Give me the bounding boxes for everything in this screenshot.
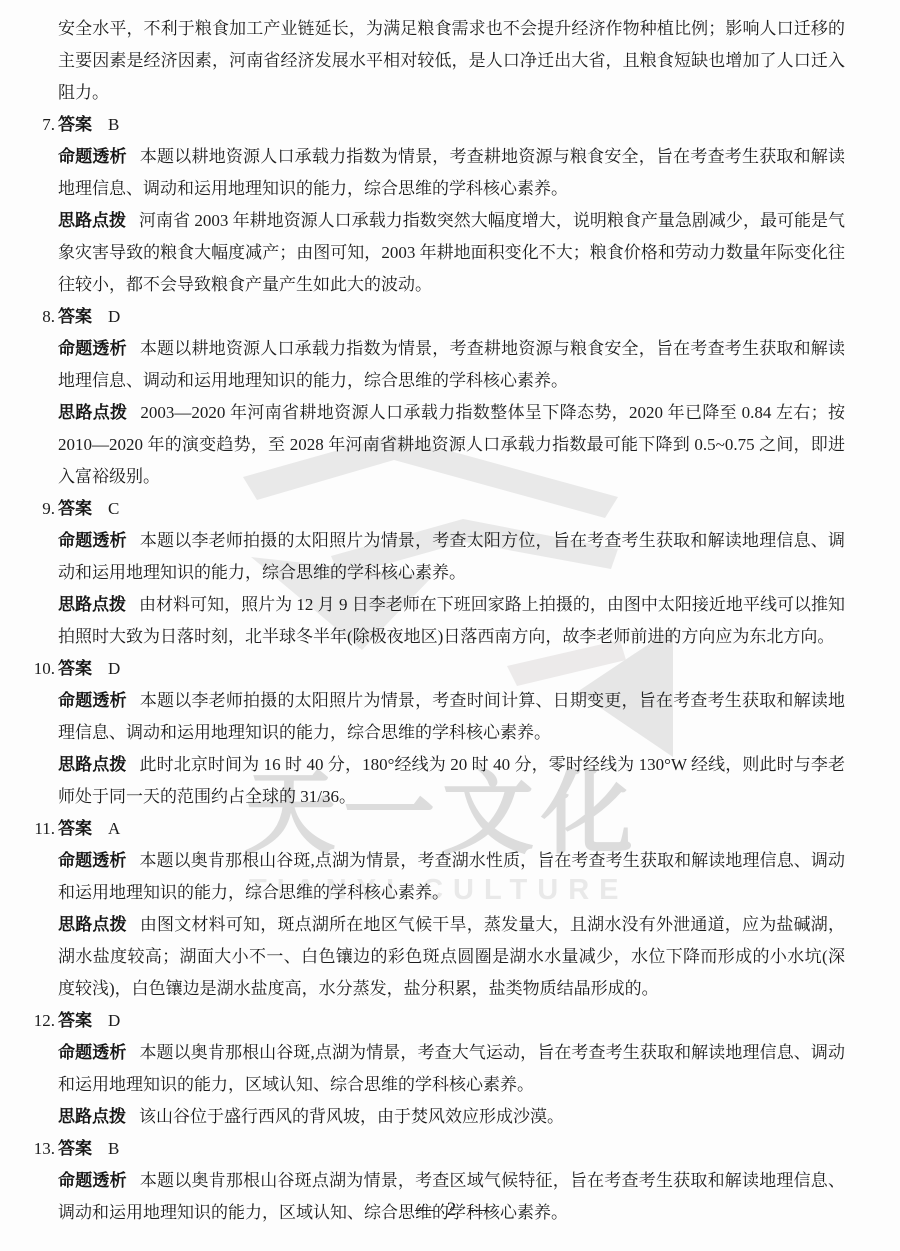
question-number: 11. xyxy=(32,813,58,845)
analysis-paragraph: 命题透析本题以耕地资源人口承载力指数为情景，考查耕地资源与粮食安全，旨在考查考生… xyxy=(58,333,845,397)
answer-item-9: 9.答案C 命题透析本题以李老师拍摄的太阳照片为情景，考查太阳方位，旨在考查考生… xyxy=(58,493,845,653)
analysis-label: 命题透析 xyxy=(58,147,127,166)
tips-label: 思路点拨 xyxy=(58,755,126,774)
analysis-text: 本题以耕地资源人口承载力指数为情景，考查耕地资源与粮食安全，旨在考查考生获取和解… xyxy=(58,339,845,390)
question-number: 9. xyxy=(32,493,58,525)
answer-label: 答案 xyxy=(58,499,92,518)
answer-line: 11.答案A xyxy=(58,813,845,845)
question-number: 8. xyxy=(32,301,58,333)
tips-paragraph: 思路点拨2003—2020 年河南省耕地资源人口承载力指数整体呈下降态势，202… xyxy=(58,397,845,493)
tips-text: 由图文材料可知，斑点湖所在地区气候干旱，蒸发量大，且湖水没有外泄通道，应为盐碱湖… xyxy=(58,915,845,998)
tips-paragraph: 思路点拨该山谷位于盛行西风的背风坡，由于焚风效应形成沙漠。 xyxy=(58,1101,845,1133)
answer-line: 7.答案B xyxy=(58,109,845,141)
answer-line: 12.答案D xyxy=(58,1005,845,1037)
answer-letter: D xyxy=(108,307,120,326)
analysis-paragraph: 命题透析本题以耕地资源人口承载力指数为情景，考查耕地资源与粮食安全，旨在考查考生… xyxy=(58,141,845,205)
document-page: 天一文化 TIANYI CULTURE 安全水平，不利于粮食加工产业链延长，为满… xyxy=(0,0,900,1251)
question-number: 13. xyxy=(32,1133,58,1165)
page-number: — 2 — xyxy=(58,1196,845,1224)
analysis-label: 命题透析 xyxy=(58,1043,126,1062)
answer-label: 答案 xyxy=(58,1011,92,1030)
answer-label: 答案 xyxy=(58,307,92,326)
answer-letter: B xyxy=(108,1139,119,1158)
analysis-text: 本题以奥肯那根山谷斑,点湖为情景，考查大气运动，旨在考查考生获取和解读地理信息、… xyxy=(58,1043,845,1094)
tips-paragraph: 思路点拨此时北京时间为 16 时 40 分，180°经线为 20 时 40 分，… xyxy=(58,749,845,813)
tips-text: 2003—2020 年河南省耕地资源人口承载力指数整体呈下降态势，2020 年已… xyxy=(58,403,845,486)
tips-text: 该山谷位于盛行西风的背风坡，由于焚风效应形成沙漠。 xyxy=(139,1107,564,1126)
tips-label: 思路点拨 xyxy=(58,211,126,230)
answer-letter: B xyxy=(108,115,119,134)
tips-label: 思路点拨 xyxy=(58,403,127,422)
analysis-paragraph: 命题透析本题以李老师拍摄的太阳照片为情景，考查太阳方位，旨在考查考生获取和解读地… xyxy=(58,525,845,589)
answer-line: 13.答案B xyxy=(58,1133,845,1165)
analysis-paragraph: 命题透析本题以奥肯那根山谷斑,点湖为情景，考查大气运动，旨在考查考生获取和解读地… xyxy=(58,1037,845,1101)
tips-text: 由材料可知，照片为 12 月 9 日李老师在下班回家路上拍摄的，由图中太阳接近地… xyxy=(58,595,845,646)
answer-label: 答案 xyxy=(58,819,92,838)
answer-label: 答案 xyxy=(58,1139,92,1158)
tips-label: 思路点拨 xyxy=(58,1107,126,1126)
answer-item-8: 8.答案D 命题透析本题以耕地资源人口承载力指数为情景，考查耕地资源与粮食安全，… xyxy=(58,301,845,493)
answer-letter: D xyxy=(108,1011,120,1030)
analysis-label: 命题透析 xyxy=(58,1171,127,1190)
tips-label: 思路点拨 xyxy=(58,915,127,934)
analysis-text: 本题以耕地资源人口承载力指数为情景，考查耕地资源与粮食安全，旨在考查考生获取和解… xyxy=(58,147,845,198)
answer-line: 10.答案D xyxy=(58,653,845,685)
tips-paragraph: 思路点拨由材料可知，照片为 12 月 9 日李老师在下班回家路上拍摄的，由图中太… xyxy=(58,589,845,653)
question-number: 7. xyxy=(32,109,58,141)
answer-key-content: 安全水平，不利于粮食加工产业链延长，为满足粮食需求也不会提升经济作物种植比例；影… xyxy=(58,13,845,1229)
tips-text: 河南省 2003 年耕地资源人口承载力指数突然大幅度增大，说明粮食产量急剧减少，… xyxy=(58,211,845,294)
analysis-paragraph: 命题透析本题以奥肯那根山谷斑,点湖为情景，考查湖水性质，旨在考查考生获取和解读地… xyxy=(58,845,845,909)
answer-line: 8.答案D xyxy=(58,301,845,333)
analysis-label: 命题透析 xyxy=(58,691,127,710)
tips-paragraph: 思路点拨由图文材料可知，斑点湖所在地区气候干旱，蒸发量大，且湖水没有外泄通道，应… xyxy=(58,909,845,1005)
answer-letter: D xyxy=(108,659,120,678)
question-number: 10. xyxy=(32,653,58,685)
answer-label: 答案 xyxy=(58,659,92,678)
answer-item-10: 10.答案D 命题透析本题以李老师拍摄的太阳照片为情景，考查时间计算、日期变更，… xyxy=(58,653,845,813)
answer-item-11: 11.答案A 命题透析本题以奥肯那根山谷斑,点湖为情景，考查湖水性质，旨在考查考… xyxy=(58,813,845,1005)
analysis-label: 命题透析 xyxy=(58,851,126,870)
answer-label: 答案 xyxy=(58,115,92,134)
analysis-label: 命题透析 xyxy=(58,339,127,358)
analysis-text: 本题以奥肯那根山谷斑,点湖为情景，考查湖水性质，旨在考查考生获取和解读地理信息、… xyxy=(58,851,845,902)
analysis-text: 本题以李老师拍摄的太阳照片为情景，考查时间计算、日期变更，旨在考查考生获取和解读… xyxy=(58,691,845,742)
analysis-paragraph: 命题透析本题以李老师拍摄的太阳照片为情景，考查时间计算、日期变更，旨在考查考生获… xyxy=(58,685,845,749)
analysis-label: 命题透析 xyxy=(58,531,127,550)
analysis-text: 本题以李老师拍摄的太阳照片为情景，考查太阳方位，旨在考查考生获取和解读地理信息、… xyxy=(58,531,845,582)
tips-label: 思路点拨 xyxy=(58,595,126,614)
answer-item-7: 7.答案B 命题透析本题以耕地资源人口承载力指数为情景，考查耕地资源与粮食安全，… xyxy=(58,109,845,301)
answer-letter: A xyxy=(108,819,120,838)
tips-paragraph: 思路点拨河南省 2003 年耕地资源人口承载力指数突然大幅度增大，说明粮食产量急… xyxy=(58,205,845,301)
tips-text: 此时北京时间为 16 时 40 分，180°经线为 20 时 40 分，零时经线… xyxy=(58,755,845,806)
intro-continuation: 安全水平，不利于粮食加工产业链延长，为满足粮食需求也不会提升经济作物种植比例；影… xyxy=(58,13,845,109)
answer-item-12: 12.答案D 命题透析本题以奥肯那根山谷斑,点湖为情景，考查大气运动，旨在考查考… xyxy=(58,1005,845,1133)
answer-line: 9.答案C xyxy=(58,493,845,525)
question-number: 12. xyxy=(32,1005,58,1037)
answer-letter: C xyxy=(108,499,119,518)
